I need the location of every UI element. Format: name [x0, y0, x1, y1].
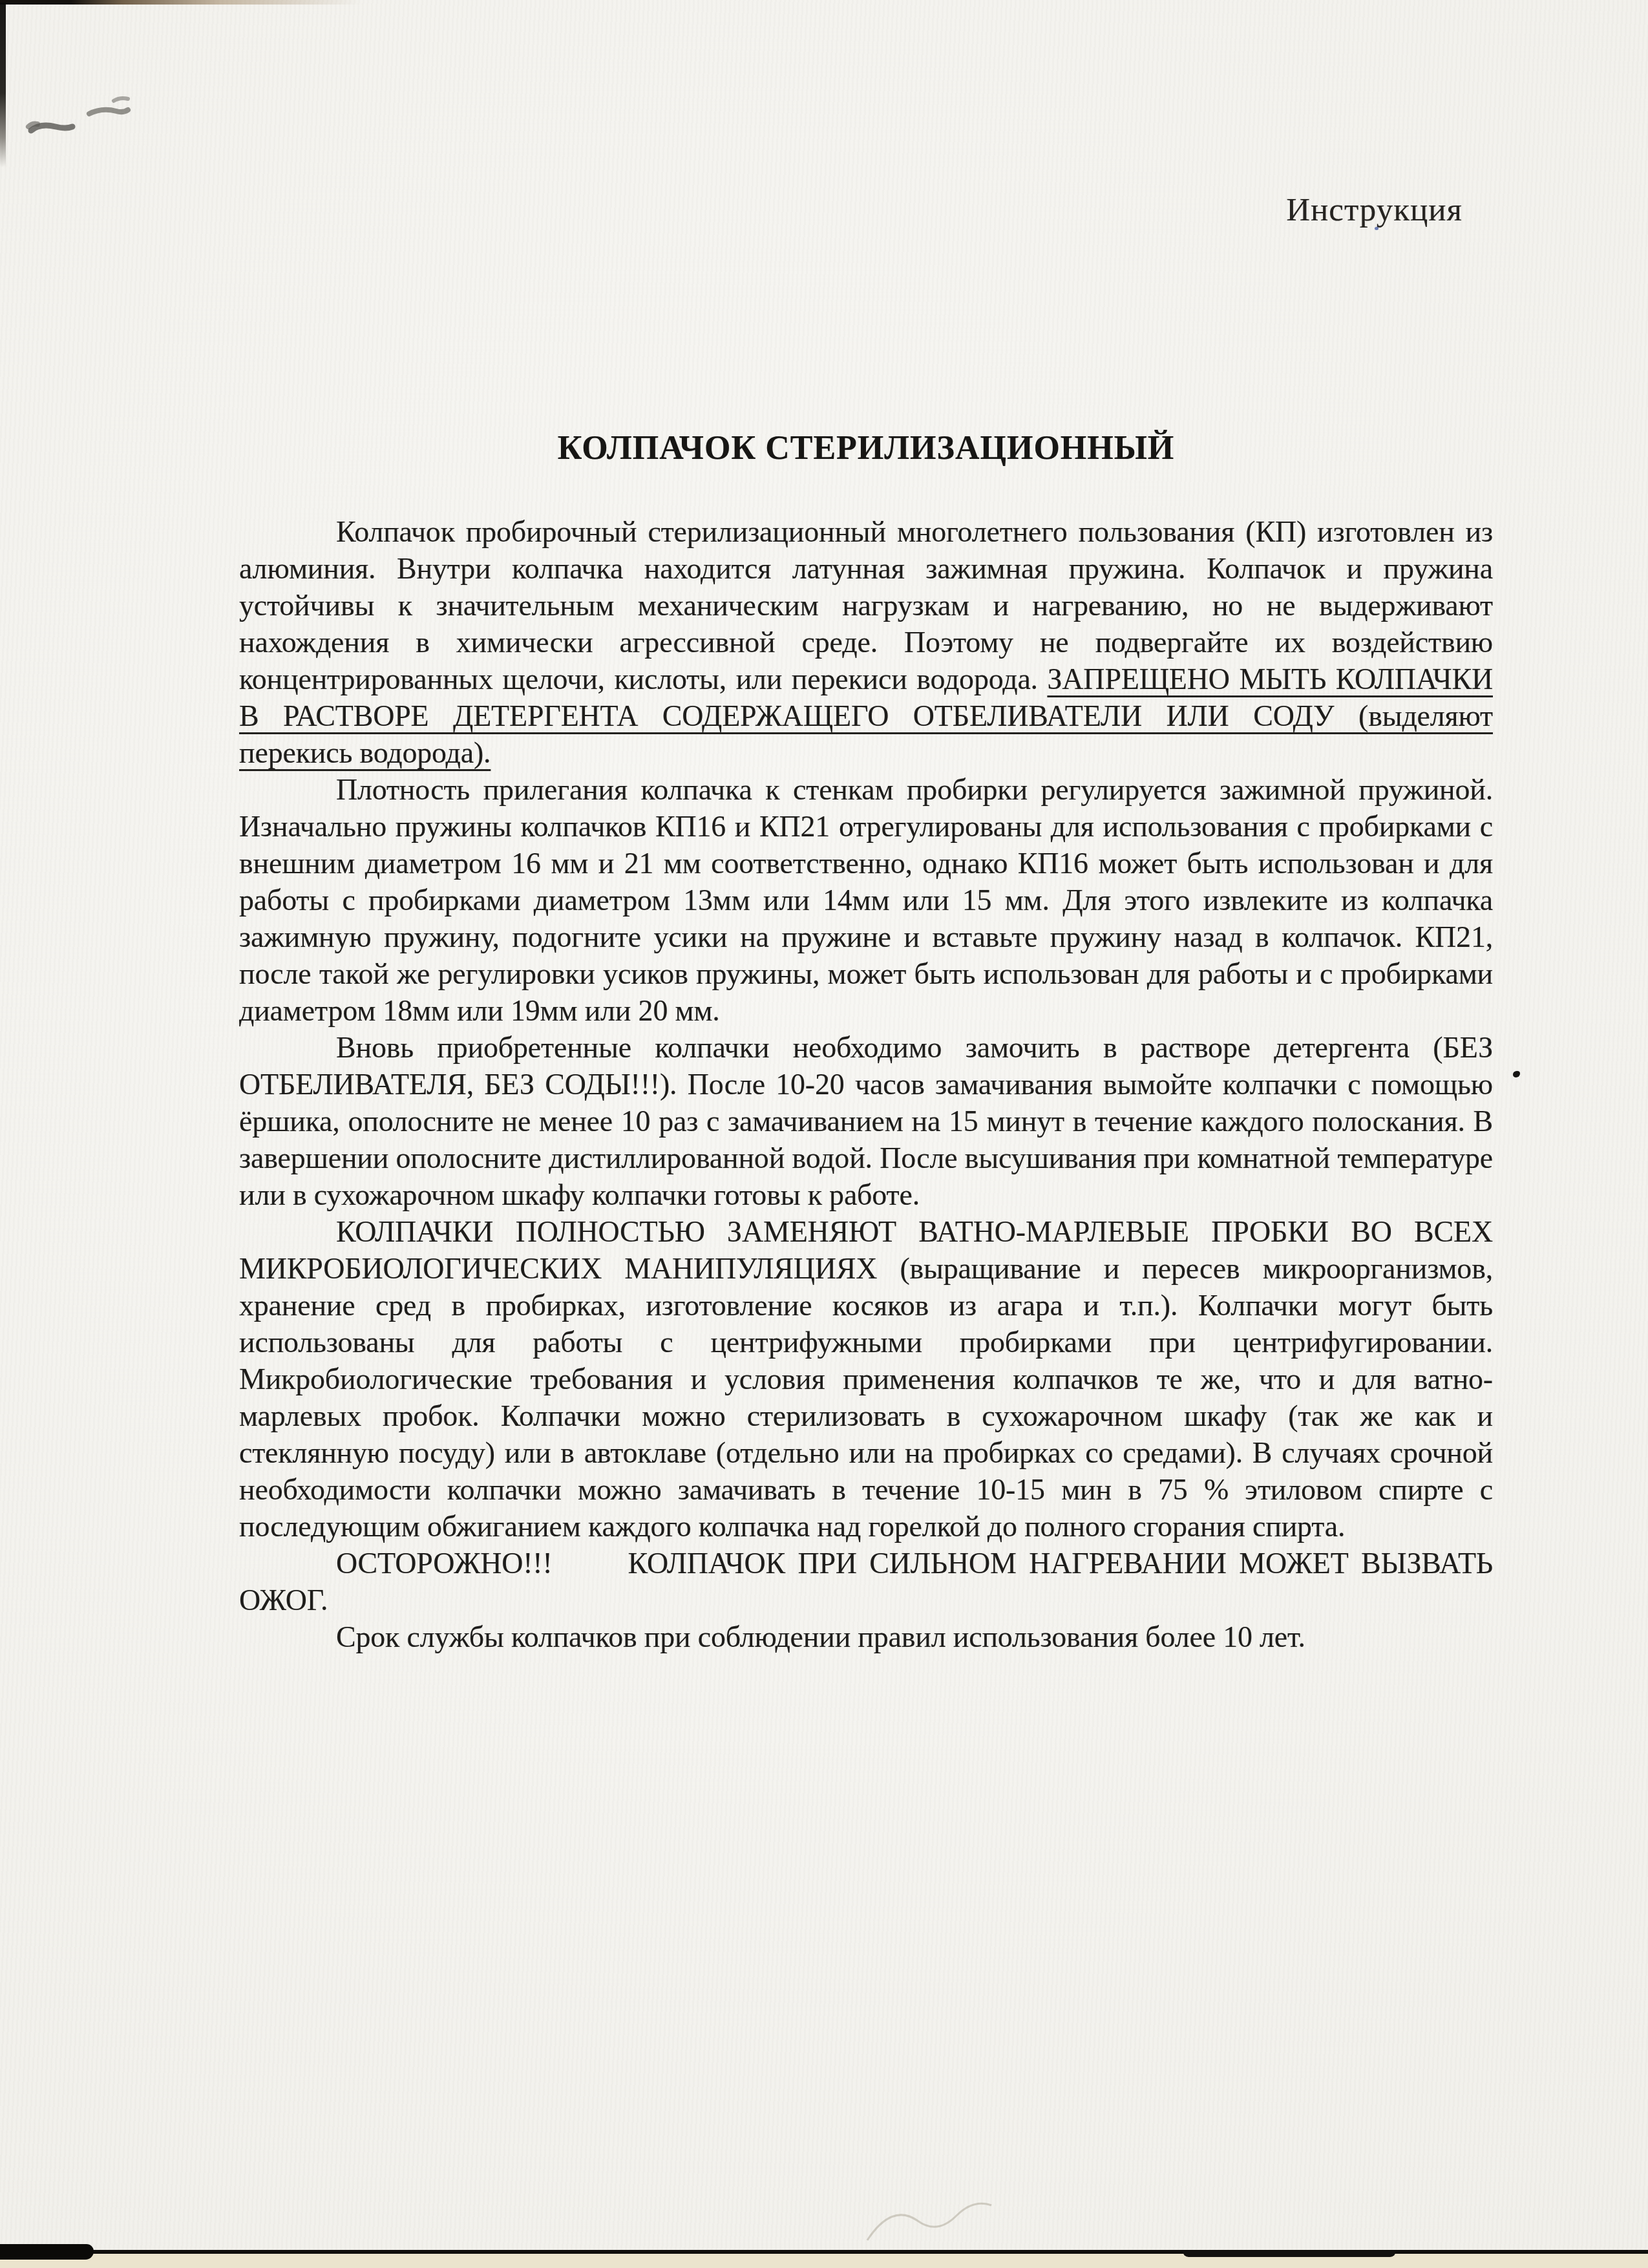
paragraph: Вновь приобретенные колпачки необходимо …: [239, 1029, 1493, 1213]
page-header-label: Инструкция: [1286, 191, 1463, 229]
scan-bottom-edge-line: [0, 2250, 1648, 2254]
paragraph: ОСТОРОЖНО!!! КОЛПАЧОК ПРИ СИЛЬНОМ НАГРЕВ…: [239, 1545, 1493, 1618]
ink-speck: [1513, 1071, 1520, 1077]
paper-crease-mark: [860, 2185, 1028, 2249]
document-body: Колпачок пробирочный стерилизационный мн…: [239, 513, 1493, 1655]
paragraph-text: КОЛПАЧКИ ПОЛНОСТЬЮ ЗАМЕНЯЮТ ВАТНО-МАРЛЕВ…: [239, 1215, 1493, 1543]
pencil-smudge-marks: [19, 90, 142, 149]
scan-left-edge-strip: [0, 3, 6, 167]
document-title: КОЛПАЧОК СТЕРИЛИЗАЦИОННЫЙ: [239, 429, 1493, 467]
paragraph: Плотность прилегания колпачка к стенкам …: [239, 771, 1493, 1029]
paragraph-text: Плотность прилегания колпачка к стенкам …: [239, 773, 1493, 1027]
scan-top-edge-mark: [0, 0, 362, 5]
paragraph: Колпачок пробирочный стерилизационный мн…: [239, 513, 1493, 771]
paragraph-text: Вновь приобретенные колпачки необходимо …: [239, 1031, 1493, 1211]
scan-bottom-strip: [0, 2254, 1648, 2268]
paragraph-text: ОСТОРОЖНО!!! КОЛПАЧОК ПРИ СИЛЬНОМ НАГРЕВ…: [239, 1547, 1493, 1616]
scan-bottom-left-blob: [0, 2244, 94, 2260]
paragraph-text: Срок службы колпачков при соблюдении пра…: [336, 1620, 1305, 1653]
paragraph: Срок службы колпачков при соблюдении пра…: [239, 1618, 1493, 1655]
scanned-page: Инструкция КОЛПАЧОК СТЕРИЛИЗАЦИОННЫЙ Кол…: [0, 0, 1648, 2268]
paragraph: КОЛПАЧКИ ПОЛНОСТЬЮ ЗАМЕНЯЮТ ВАТНО-МАРЛЕВ…: [239, 1213, 1493, 1545]
scan-bottom-mid-thickening: [1183, 2251, 1396, 2257]
